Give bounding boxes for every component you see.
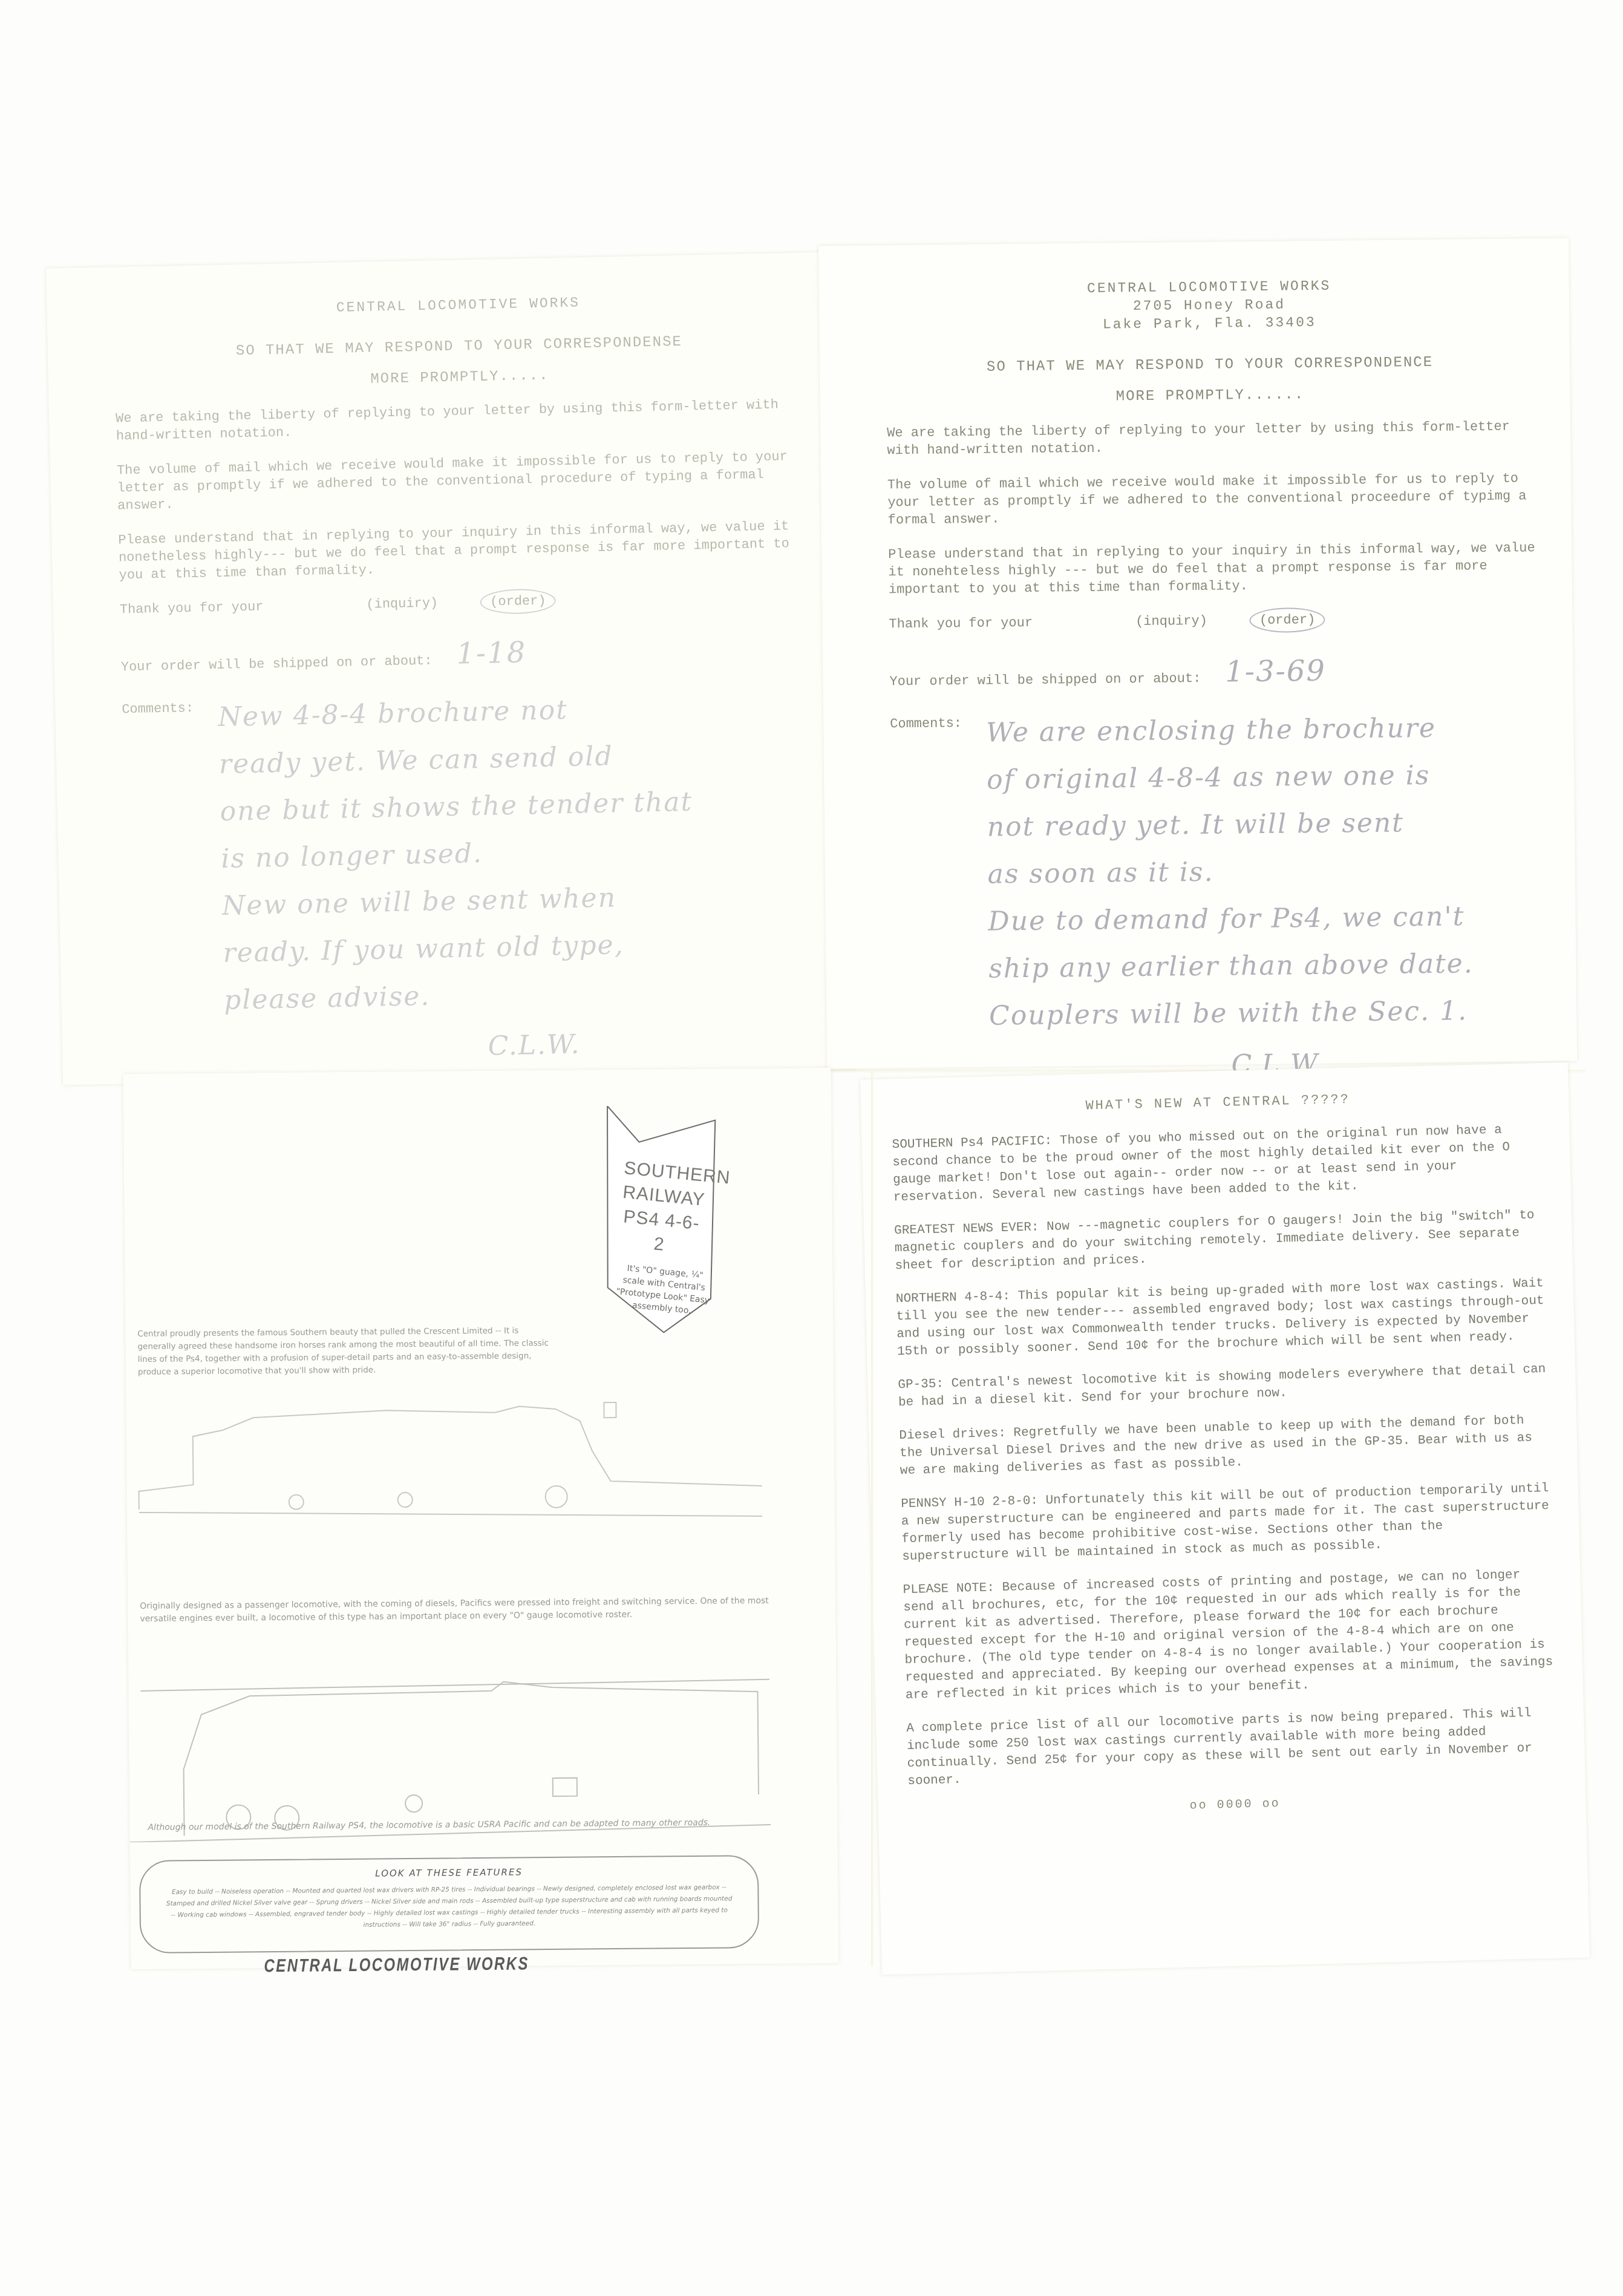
comment-line: Due to demand for Ps4, we can't <box>988 893 1473 945</box>
comment-line: ship any earlier than above date. <box>988 940 1474 992</box>
letter-subtitle: MORE PROMPTLY...... <box>886 384 1533 407</box>
ship-label: Your order will be shipped on or about: <box>889 671 1201 689</box>
comment-line: not ready yet. It will be sent <box>987 799 1472 851</box>
comment-line: of original 4-8-4 as new one is <box>987 751 1472 803</box>
whats-new-title: WHAT'S NEW AT CENTRAL ????? <box>891 1087 1544 1118</box>
comments-label: Comments: <box>122 701 200 1026</box>
comment-line: We are enclosing the brochure <box>986 704 1471 756</box>
features-title: LOOK AT THESE FEATURES <box>140 1865 757 1881</box>
comment-line: please advise. <box>223 967 697 1024</box>
comment-line: as soon as it is. <box>987 846 1472 898</box>
thanks-line: Thank you for your (inquiry) (order) <box>120 588 809 623</box>
letter-paragraph: The volume of mail which we receive woul… <box>117 448 808 515</box>
locomotive-illustration-icon <box>132 1395 768 1540</box>
comment-line: Couplers will be with the Sec. 1. <box>989 987 1474 1039</box>
brochure-intro: Central proudly presents the famous Sout… <box>137 1324 555 1379</box>
option-inquiry: (inquiry) <box>1135 613 1207 634</box>
news-item: SOUTHERN Ps4 PACIFIC: Those of you who m… <box>892 1120 1547 1206</box>
option-order-circled: (order) <box>480 588 556 615</box>
letter-company: CENTRAL LOCOMOTIVE WORKS <box>113 289 803 322</box>
news-item: A complete price list of all our locomot… <box>906 1704 1561 1790</box>
letter-paragraph: Please understand that in replying to yo… <box>118 517 809 584</box>
news-item: PENNSY H-10 2-8-0: Unfortunately this ki… <box>901 1480 1556 1566</box>
form-letter-left: CENTRAL LOCOMOTIVE WORKS SO THAT WE MAY … <box>46 252 855 1085</box>
brochure-page: SOUTHERN RAILWAY PS4 4-6-2 It's "O" guag… <box>123 1068 839 1969</box>
handwritten-comments: New 4-8-4 brochure not ready yet. We can… <box>218 684 697 1024</box>
signature: C.L.W. <box>250 1024 819 1067</box>
handwritten-comments: We are enclosing the brochure of origina… <box>986 704 1474 1039</box>
comments-label: Comments: <box>890 716 965 1041</box>
letter-paragraph: We are taking the liberty of replying to… <box>116 396 806 445</box>
pennant-banner: SOUTHERN RAILWAY PS4 4-6-2 It's "O" guag… <box>601 1105 718 1336</box>
letter-title: SO THAT WE MAY RESPOND TO YOUR CORRESPON… <box>114 332 804 362</box>
option-inquiry: (inquiry) <box>366 595 438 617</box>
letter-content: CENTRAL LOCOMOTIVE WORKS SO THAT WE MAY … <box>113 289 818 1070</box>
ship-line: Your order will be shipped on or about: … <box>889 652 1537 692</box>
ship-label: Your order will be shipped on or about: <box>121 653 433 675</box>
features-list: Easy to build -- Noiseless operation -- … <box>165 1882 734 1932</box>
features-box: LOOK AT THESE FEATURES Easy to build -- … <box>139 1855 759 1954</box>
letter-paragraph: The volume of mail which we receive woul… <box>887 469 1535 529</box>
news-item: GREATEST NEWS EVER: Now ---magnetic coup… <box>894 1206 1549 1275</box>
comments-section: Comments: We are enclosing the brochure … <box>890 704 1541 1041</box>
end-mark: oo 0000 oo <box>908 1790 1561 1820</box>
comments-section: Comments: New 4-8-4 brochure not ready y… <box>122 682 818 1027</box>
ship-date-handwritten: 1-3-69 <box>1225 654 1326 689</box>
letter-paragraph: We are taking the liberty of replying to… <box>887 417 1535 459</box>
thanks-line: Thank you for your (inquiry) (order) <box>889 610 1536 636</box>
news-item: Diesel drives: Regretfully we have been … <box>899 1411 1553 1480</box>
whats-new-content: WHAT'S NEW AT CENTRAL ????? SOUTHERN Ps4… <box>891 1087 1562 1820</box>
ship-date-handwritten: 1-18 <box>456 635 527 670</box>
form-letter-right: CENTRAL LOCOMOTIVE WORKS 2705 Honey Road… <box>818 238 1577 1069</box>
letter-paragraph: Please understand that in replying to yo… <box>888 539 1536 598</box>
thanks-label: Thank you for your <box>889 615 1033 636</box>
banner-subtitle: It's "O" guage, ¼" scale with Central's … <box>613 1261 714 1319</box>
banner-title: SOUTHERN RAILWAY PS4 4-6-2 <box>616 1156 710 1261</box>
thanks-label: Thank you for your <box>120 599 264 622</box>
brochure-brand: CENTRAL LOCOMOTIVE WORKS <box>264 1954 529 1977</box>
letter-subtitle: MORE PROMPTLY..... <box>115 362 805 393</box>
whats-new-page: WHAT'S NEW AT CENTRAL ????? SOUTHERN Ps4… <box>860 1062 1590 1975</box>
news-item: GP-35: Central's newest locomotive kit i… <box>898 1361 1552 1411</box>
letter-title: SO THAT WE MAY RESPOND TO YOUR CORRESPON… <box>886 353 1533 376</box>
comment-line: one but it shows the tender that <box>220 779 693 836</box>
ship-line: Your order will be shipped on or about: … <box>120 630 811 678</box>
option-order-circled: (order) <box>1250 607 1325 633</box>
news-item: NORTHERN 4-8-4: This popular kit is bein… <box>896 1275 1551 1361</box>
paper-fold-vertical <box>871 1071 874 1966</box>
banner-line: PS4 4-6-2 <box>616 1205 705 1261</box>
brochure-history: Originally designed as a passenger locom… <box>140 1595 775 1626</box>
letter-content: CENTRAL LOCOMOTIVE WORKS 2705 Honey Road… <box>886 275 1541 1084</box>
news-item: PLEASE NOTE: Because of increased costs … <box>903 1566 1559 1704</box>
